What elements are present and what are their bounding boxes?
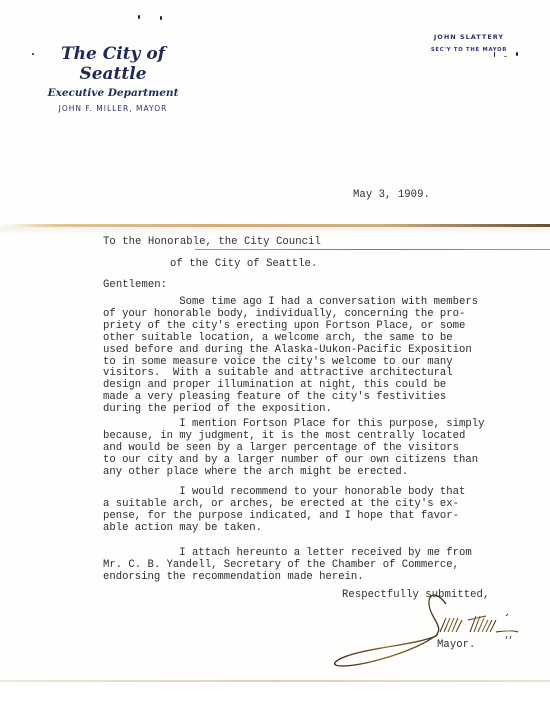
letterhead-mayor: JOHN F. MILLER, MAYOR xyxy=(28,104,198,113)
letter-date: May 3, 1909. xyxy=(353,190,430,202)
greeting: Gentlemen: xyxy=(103,280,167,292)
signer-title: Mayor. xyxy=(437,640,475,652)
punch-mark xyxy=(494,52,495,57)
punch-mark xyxy=(138,15,140,19)
signature-image xyxy=(328,586,550,676)
addressee-line-1: To the Honorable, the City Council xyxy=(103,237,321,249)
addressee-line-2: of the City of Seattle. xyxy=(170,259,317,271)
body-paragraph: Some time ago I had a conversation with … xyxy=(103,297,478,416)
letterhead-secretary: JOHN SLATTERY SEC'Y TO THE MAYOR xyxy=(424,33,514,53)
letterhead: The City of Seattle Executive Department… xyxy=(28,44,198,113)
punch-mark xyxy=(32,53,34,55)
letter-page: The City of Seattle Executive Department… xyxy=(0,0,550,719)
letterhead-city: The City of Seattle xyxy=(28,44,198,84)
body-paragraph: I attach hereunto a letter received by m… xyxy=(103,548,472,584)
page-bottom-margin xyxy=(0,682,550,719)
letterhead-department: Executive Department xyxy=(28,87,198,99)
punch-mark xyxy=(504,56,507,57)
secretary-title: SEC'Y TO THE MAYOR xyxy=(424,47,514,53)
punch-mark xyxy=(160,16,162,20)
crease-line xyxy=(195,249,550,250)
punch-mark xyxy=(516,52,518,56)
secretary-name: JOHN SLATTERY xyxy=(424,33,514,41)
body-paragraph: I mention Fortson Place for this purpose… xyxy=(103,419,484,479)
fold-line xyxy=(0,224,550,227)
body-paragraph: I would recommend to your honorable body… xyxy=(103,487,465,535)
